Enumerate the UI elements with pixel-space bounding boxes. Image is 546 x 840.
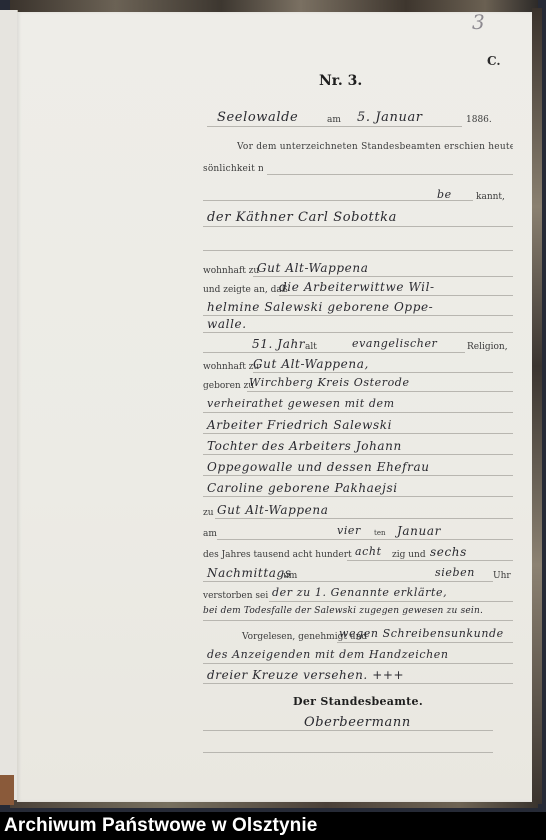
cover-corner [0, 775, 14, 805]
religion-hand: evangelischer [352, 337, 437, 350]
rule-line [215, 518, 513, 519]
zig-und-label: zig und [392, 550, 426, 560]
rule-line [203, 433, 513, 434]
residence-hand: Gut Alt-Wappena [257, 261, 368, 275]
rule-line [269, 601, 513, 602]
rule-line [347, 560, 513, 561]
rule-line [203, 620, 513, 621]
parents-line2: Caroline geborene Pakhaejsi [207, 481, 398, 495]
showed-label: und zeigte an, daß [203, 285, 288, 295]
parents-line1: Oppegowalle und dessen Ehefrau [207, 460, 430, 474]
known-suffix-hand: be [437, 188, 452, 201]
rule-line [203, 730, 493, 731]
daughter-line: Tochter des Arbeiters Johann [207, 439, 402, 453]
date-label: am [203, 529, 217, 539]
register-page: 3 C. Nr. 3. Seelowalde am 5. Januar 1886… [17, 12, 532, 802]
time-label: um [283, 571, 297, 581]
residence-label: wohnhaft zu [203, 266, 259, 276]
scanned-page-image: 3 C. Nr. 3. Seelowalde am 5. Januar 1886… [0, 0, 546, 812]
rule-line [203, 200, 473, 201]
read-line2: des Anzeigenden mit dem Handzeichen [207, 648, 449, 661]
rule-line [279, 295, 513, 296]
archive-footer: Archiwum Państwowe w Olsztynie [0, 812, 546, 840]
ten-label: ten [374, 529, 385, 537]
deceased-line2: helmine Salewski geborene Oppe- [207, 300, 433, 314]
read-line3: dreier Kreuze versehen. +++ [207, 668, 404, 682]
married-line: verheirathet gewesen mit dem [207, 397, 395, 410]
rule-line [203, 475, 513, 476]
intro-text-line2: sönlichkeit nach [203, 164, 263, 174]
book-cover-right-edge [532, 8, 542, 804]
age-hand: 51. Jahr [252, 337, 305, 351]
declarant-hand: der Käthner Carl Sobottka [207, 210, 397, 225]
year-printed: 1886. [466, 115, 492, 125]
rule-line [217, 539, 513, 540]
record-number: Nr. 3. [319, 73, 362, 89]
rule-line [203, 332, 513, 333]
pencil-page-number: 3 [472, 10, 485, 34]
hour-hand: sieben [435, 566, 475, 579]
archive-name: Archiwum Państwowe w Olsztynie [4, 815, 317, 837]
rule-line [203, 752, 493, 753]
hour-label: Uhr [493, 571, 511, 581]
residence2-label: wohnhaft zu [203, 362, 259, 372]
place-hand: Seelowalde [217, 110, 298, 125]
religion-label: Religion, [467, 342, 508, 352]
rule-line [247, 391, 513, 392]
rule-line [203, 496, 513, 497]
rule-line [203, 454, 513, 455]
rule-line [203, 683, 513, 684]
rule-line [203, 581, 493, 582]
rule-line [203, 412, 513, 413]
date-hand: 5. Januar [357, 110, 423, 125]
rule-line [267, 174, 513, 175]
signature-hand: Oberbeermann [304, 715, 411, 730]
age-label: alt [305, 342, 317, 352]
facing-page-edge [0, 10, 18, 800]
rule-line [203, 352, 465, 353]
month-hand: Januar [397, 524, 441, 538]
born-label: geboren zu [203, 381, 254, 391]
register-letter: C. [487, 54, 501, 68]
died-line2: bei dem Todesfalle der Salewski zugegen … [203, 606, 483, 616]
year-tens-hand: acht [355, 545, 382, 558]
residence2-hand: Gut Alt-Wappena, [253, 357, 369, 371]
rule-line [203, 315, 513, 316]
rule-line [203, 663, 513, 664]
deceased-line1: die Arbeiterwittwe Wil- [279, 280, 435, 294]
died-label: verstorben sei [203, 591, 268, 601]
time-hand: Nachmittags [207, 566, 292, 580]
am-label: am [327, 115, 341, 125]
husband-line: Arbeiter Friedrich Salewski [207, 418, 392, 432]
book-cover-top-edge [10, 0, 538, 12]
rule-line [337, 642, 513, 643]
year-units-hand: sechs [430, 545, 467, 559]
rule-line [207, 126, 462, 127]
day-hand: vier [337, 524, 361, 537]
died-line1: der zu 1. Genannte erklärte, [272, 586, 447, 599]
rule-line [253, 372, 513, 373]
death-place-hand: Gut Alt-Wappena [217, 503, 328, 517]
read-line1: wegen Schreibensunkunde [339, 627, 504, 640]
known-label: kannt, [476, 192, 505, 202]
intro-text-line1: Vor dem unterzeichneten Standesbeamten e… [237, 142, 513, 155]
rule-line [253, 276, 513, 277]
rule-line [203, 250, 513, 251]
death-place-label: zu [203, 508, 214, 518]
deceased-line3: walle. [207, 317, 247, 331]
year-label: des Jahres tausend acht hundert [203, 550, 352, 560]
rule-line [203, 226, 513, 227]
signature-title: Der Standesbeamte. [293, 695, 423, 708]
born-hand: Wirchberg Kreis Osterode [249, 376, 410, 389]
